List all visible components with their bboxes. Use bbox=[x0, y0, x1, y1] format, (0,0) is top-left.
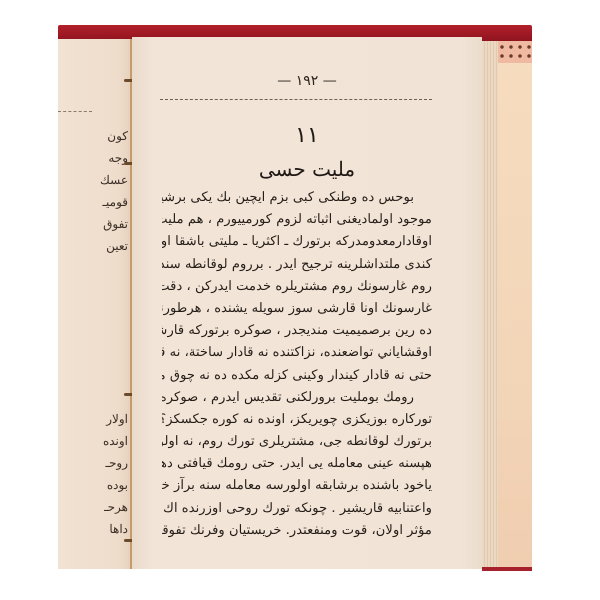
right-page: — ١٩٢ — ١١ مليت حسى بوحس ده وطنكى كبى بز… bbox=[132, 37, 482, 569]
text-line: موجود اولماديغنى اثباته لزوم كورمييورم ،… bbox=[162, 209, 432, 231]
chapter-title: مليت حسى bbox=[132, 157, 482, 181]
left-line-fragment: تفوق bbox=[103, 217, 128, 231]
left-line-fragment: اولار bbox=[106, 412, 128, 426]
text-line: ده رين برصميميت منديجدر ، صوكره برتوركه … bbox=[162, 320, 432, 342]
text-line: برتورك لوقانطه جى، مشتريلرى تورك روم، نه… bbox=[162, 431, 432, 453]
text-line: هپسنه عينى معامله يى ايدر. حتى رومك قياف… bbox=[162, 453, 432, 475]
text-line: توركاره بوزيكزى چويريكز، اونده نه كوره ج… bbox=[162, 409, 432, 431]
text-line: بوحس ده وطنكى كبى بزم ايچين بك يكى برشيد… bbox=[162, 187, 432, 209]
left-page-rule bbox=[58, 111, 92, 112]
left-line-fragment: قوميـ bbox=[103, 195, 129, 209]
header-rule bbox=[160, 99, 432, 100]
chapter-number: ١١ bbox=[132, 123, 482, 148]
red-binding-bottom bbox=[482, 567, 532, 571]
text-line: اوقشاياني تواضعنده، نزاكتنده نه قادار سا… bbox=[162, 342, 432, 364]
text-line: غارسونك اونا قارشى سوز سويله يشنده ، هرط… bbox=[162, 298, 432, 320]
left-line-fragment: كون bbox=[107, 129, 128, 143]
text-line: ياخود باشنده برشابقه اولورسه معامله سنه … bbox=[162, 475, 432, 497]
page-number: — ١٩٢ — bbox=[132, 73, 482, 89]
left-line-fragment: عسك bbox=[100, 173, 128, 187]
text-line: روم غارسونك روم مشتريلره خدمت ايدركن ، د… bbox=[162, 276, 432, 298]
text-line: حتى نه قادار كيندار وكينى كزله مكده ده ن… bbox=[162, 365, 432, 387]
left-line-fragment: روحـ bbox=[105, 456, 128, 470]
open-book: كون وجه عسك قوميـ تفوق تعين اولار اونده … bbox=[58, 25, 532, 570]
text-line: مؤثر اولان، قوت ومنفعتدر. خريستيان وفرنك… bbox=[162, 520, 432, 542]
text-line: واعتنابيه قاريشير . چونكه تورك روحى اوزر… bbox=[162, 498, 432, 520]
left-page: كون وجه عسك قوميـ تفوق تعين اولار اونده … bbox=[58, 39, 132, 569]
left-line-fragment: داها bbox=[109, 522, 128, 536]
left-line-fragment: بوده bbox=[107, 478, 128, 492]
body-text: بوحس ده وطنكى كبى بزم ايچين بك يكى برشيد… bbox=[162, 187, 432, 542]
text-line: اوقادارمعدومدركه برتورك ـ اكثريا ـ مليتى… bbox=[162, 231, 432, 253]
left-line-fragment: اونده bbox=[103, 434, 128, 448]
left-line-fragment: تعين bbox=[106, 239, 128, 253]
text-line: كندى ملتداشلرينه ترجيح ايدر . برروم لوقا… bbox=[162, 254, 432, 276]
page-edges bbox=[482, 41, 498, 569]
floral-pattern bbox=[498, 41, 532, 63]
endpaper bbox=[498, 41, 532, 569]
text-line: رومك بومليت برورلكنى تقديس ايدرم ، صوكره bbox=[162, 387, 432, 409]
left-line-fragment: هرحـ bbox=[104, 500, 128, 514]
